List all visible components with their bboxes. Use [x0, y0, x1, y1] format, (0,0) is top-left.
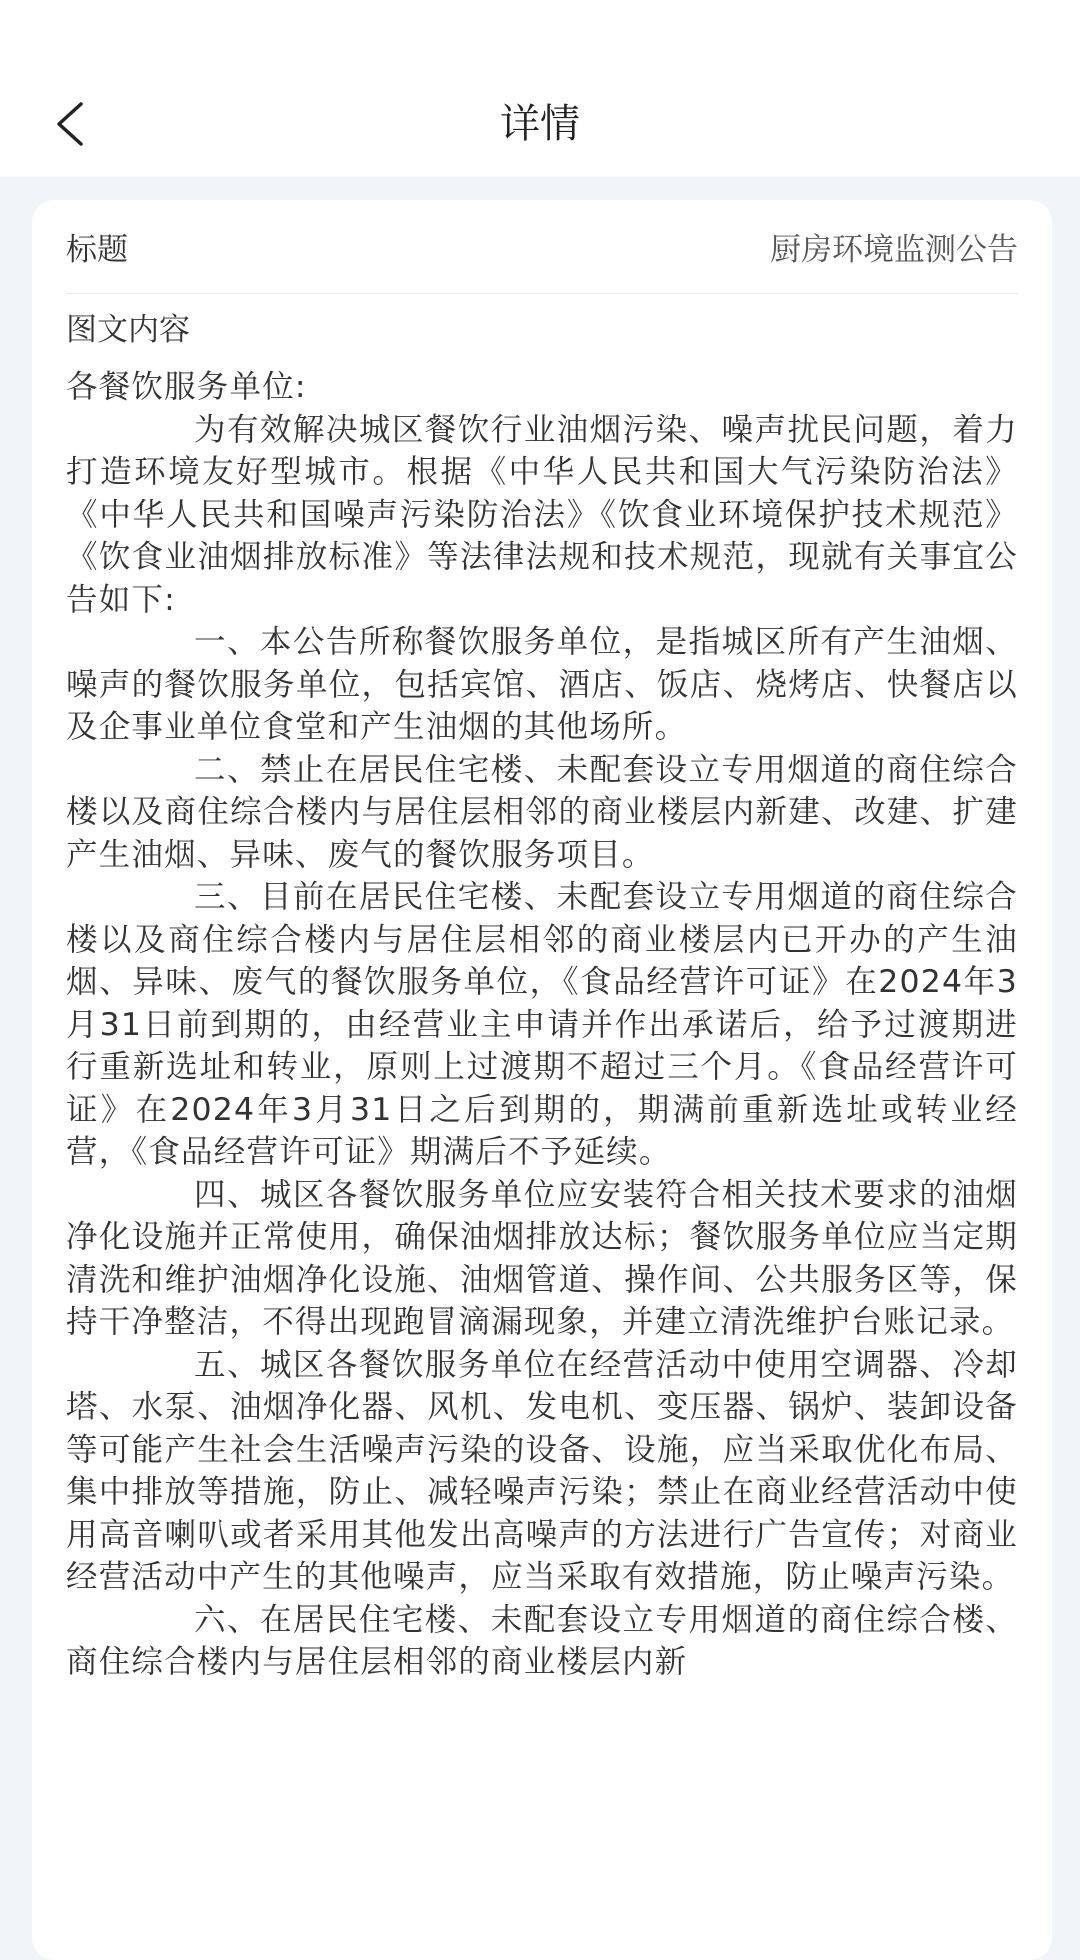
paragraph-1: 一、本公告所称餐饮服务单位，是指城区所有产生油烟、噪声的餐饮服务单位，包括宾馆、…: [66, 621, 1018, 749]
title-value: 厨房环境监测公告: [770, 224, 1018, 269]
title-label: 标题: [66, 224, 128, 269]
announcement-content: 各餐饮服务单位: 为有效解决城区餐饮行业油烟污染、噪声扰民问题，着力打造环境友好…: [66, 366, 1018, 1684]
paragraph-2: 二、禁止在居民住宅楼、未配套设立专用烟道的商住综合楼以及商住综合楼内与居住层相邻…: [66, 749, 1018, 877]
paragraph-5: 五、城区各餐饮服务单位在经营活动中使用空调器、冷却塔、水泵、油烟净化器、风机、发…: [66, 1344, 1018, 1599]
page-title: 详情: [0, 100, 1080, 148]
content-label: 图文内容: [66, 308, 190, 352]
intro-paragraph: 为有效解决城区餐饮行业油烟污染、噪声扰民问题，着力打造环境友好型城市。根据《中华…: [66, 409, 1018, 622]
status-bar: [0, 0, 1080, 80]
paragraph-4: 四、城区各餐饮服务单位应安装符合相关技术要求的油烟净化设施并正常使用，确保油烟排…: [66, 1174, 1018, 1344]
nav-bar: 详情: [0, 80, 1080, 177]
title-field-row: 标题 厨房环境监测公告: [66, 200, 1018, 294]
detail-card: 标题 厨房环境监测公告 图文内容 各餐饮服务单位: 为有效解决城区餐饮行业油烟污…: [32, 200, 1052, 1920]
paragraph-6: 六、在居民住宅楼、未配套设立专用烟道的商住综合楼、商住综合楼内与居住层相邻的商业…: [66, 1599, 1018, 1684]
salutation: 各餐饮服务单位:: [66, 366, 1018, 409]
paragraph-3: 三、目前在居民住宅楼、未配套设立专用烟道的商住综合楼以及商住综合楼内与居住层相邻…: [66, 876, 1018, 1174]
